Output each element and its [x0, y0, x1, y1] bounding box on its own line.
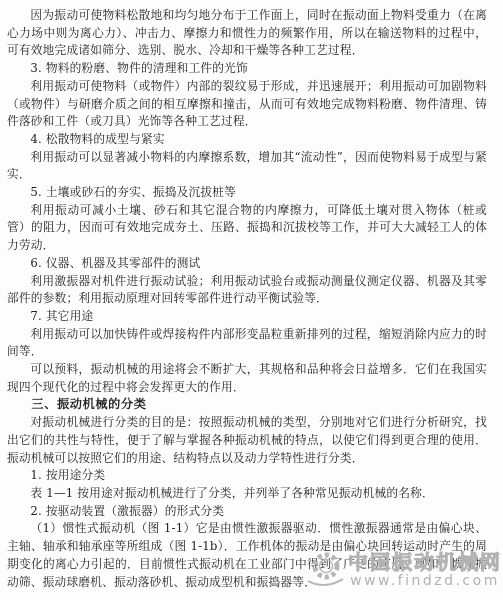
paragraph: 利用振动可以显著减小物料的内摩擦系数，增加其“流动性”，因而使物料易于成型与紧实… — [7, 149, 487, 184]
paragraph: 利用振动可减小土壤、砂石和其它混合物的内摩擦力，可降低土壤对贯入物体（桩或管）的… — [7, 202, 487, 255]
subsection-heading: 5. 土壤或砂石的夯实、振捣及沉拔桩等 — [7, 184, 487, 202]
subsection-heading: 1. 按用途分类 — [7, 467, 487, 485]
paragraph: 因为振动可使物料松散地和均匀地分布于工作面上，同时在振动面上物料受重力（在离心力… — [7, 7, 487, 60]
paragraph: 利用振动可使物料（或物件）内部的裂纹易于形成，并迅速展开；利用振动可加剧物料（或… — [7, 78, 487, 131]
subsection-heading: 7. 其它用途 — [7, 308, 487, 326]
paragraph: 可以预料，振动机械的用途将会不断扩大，其规格和品种将会日益增多．它们在我国实现四… — [7, 361, 487, 396]
subsection-heading: 3. 物料的粉磨、物件的清理和工件的光饰 — [7, 60, 487, 78]
section-heading: 三、振动机械的分类 — [7, 396, 487, 414]
subsection-heading: 6. 仪器、机器及其零部件的测试 — [7, 255, 487, 273]
paragraph: （1）惯性式振动机（图 1-1）它是由惯性激振器驱动．惯性激振器通常是由偏心块、… — [7, 520, 487, 591]
paragraph: 对振动机械进行分类的目的是：按照振动机械的类型，分别地对它们进行分析研究，找出它… — [7, 414, 487, 467]
document-page: 因为振动可使物料松散地和均匀地分布于工作面上，同时在振动面上物料受重力（在离心力… — [7, 7, 487, 591]
subsection-heading: 2. 按驱动装置（激振器）的形式分类 — [7, 503, 487, 521]
paragraph: 表 1—1 按用途对振动机械进行了分类，并列举了各种常见振动机械的名称． — [7, 485, 487, 503]
subsection-heading: 4. 松散物料的成型与紧实 — [7, 131, 487, 149]
paragraph: 利用振动可以加快铸件或焊接构件内部形变晶粒重新排列的过程，缩短消除内应力的时间等… — [7, 326, 487, 361]
paragraph: 利用激振器对机件进行振动试验；利用振动试验台或振动测量仪测定仪器、机器及其零部件… — [7, 273, 487, 308]
